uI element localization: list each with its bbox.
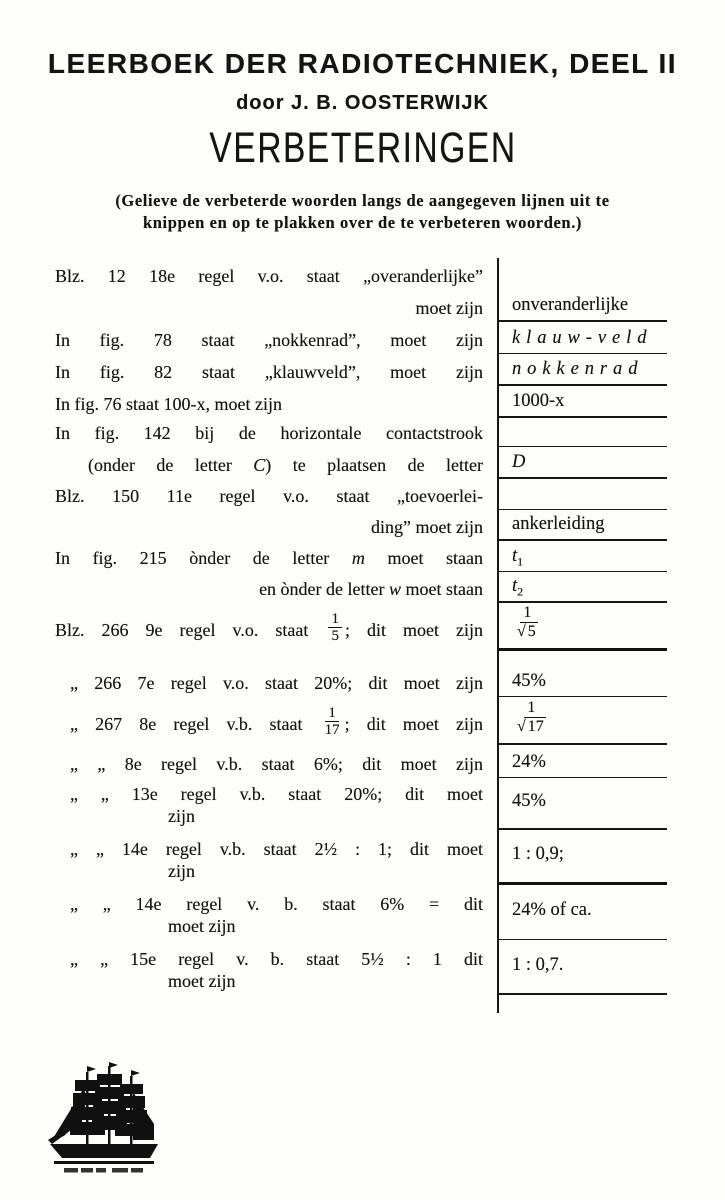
erratum-line: In fig. 76 staat 100-x, moet zijn [55, 386, 497, 418]
publisher-ship-logo [42, 1062, 172, 1194]
fraction: 117 [323, 706, 342, 740]
erratum-line: ding” moet zijn [55, 510, 497, 541]
correction-cell: 24% [497, 745, 667, 778]
correction-cell [497, 418, 667, 447]
erratum-line: „ „ 14e regel v.b. staat 2½ : 1; dit moe… [55, 830, 497, 863]
erratum-line: In fig. 82 staat „klauwveld”, moet zijn [55, 354, 497, 386]
correction-cell: 24% of ca. [497, 885, 667, 940]
erratum-line: moet zijn [55, 973, 497, 995]
correction-cell: D [497, 447, 667, 479]
erratum-line: In fig. 215 ònder de letter m moet staan [55, 541, 497, 572]
erratum-line: (onder de letter C) te plaatsen de lette… [55, 447, 497, 479]
correction-cell [497, 258, 667, 290]
cutout-instructions-line1: (Gelieve de verbeterde woorden langs de … [0, 190, 725, 212]
book-title: LEERBOEK DER RADIOTECHNIEK, DEEL II [0, 48, 725, 80]
erratum-line: zijn [55, 808, 497, 830]
erratum-line: moet zijn [55, 918, 497, 940]
correction-cell: 1 : 0,7. [497, 940, 667, 995]
erratum-line: moet zijn [55, 290, 497, 322]
erratum-line: en ònder de letter w moet staan [55, 572, 497, 603]
page-header: LEERBOEK DER RADIOTECHNIEK, DEEL II door… [0, 0, 725, 234]
erratum-line: „ 267 8e regel v.b. staat 117; dit moet … [55, 697, 497, 745]
correction-cell: 1 : 0,9; [497, 830, 667, 885]
correction-cell: t2 [497, 572, 667, 603]
correction-cell: 1000-x [497, 386, 667, 418]
cut-rule-extension [497, 995, 499, 1013]
correction-cell: onveranderlijke [497, 290, 667, 322]
correction-cell [497, 479, 667, 510]
correction-cell: 1√5 [497, 603, 667, 651]
errata-table: Blz. 12 18e regel v.o. staat „overanderl… [55, 258, 667, 995]
cutout-instructions-line2: knippen en op te plakken over de te verb… [0, 212, 725, 234]
publisher-imprint-smudge [64, 1168, 143, 1173]
correction-cell: ankerleiding [497, 510, 667, 541]
erratum-line: Blz. 266 9e regel v.o. staat 15; dit moe… [55, 603, 497, 651]
author-line: door J. B. OOSTERWIJK [0, 92, 725, 115]
section-title: VERBETERINGEN [0, 125, 725, 178]
fraction: 1√5 [515, 605, 540, 641]
fraction: 1√17 [515, 700, 548, 736]
errata-page: LEERBOEK DER RADIOTECHNIEK, DEEL II door… [0, 0, 725, 1200]
erratum-line: Blz. 150 11e regel v.o. staat „toevoerle… [55, 479, 497, 510]
correction-cell: 1√17 [497, 697, 667, 745]
erratum-line: In fig. 142 bij de horizontale contactst… [55, 418, 497, 447]
erratum-line: In fig. 78 staat „nokkenrad”, moet zijn [55, 322, 497, 354]
erratum-line: „ „ 15e regel v. b. staat 5½ : 1 dit [55, 940, 497, 973]
erratum-line: „ „ 8e regel v.b. staat 6%; dit moet zij… [55, 745, 497, 778]
correction-cell: t1 [497, 541, 667, 572]
correction-cell: klauw-veld [497, 322, 667, 354]
fraction: 15 [328, 612, 342, 646]
erratum-line: zijn [55, 863, 497, 885]
erratum-line: Blz. 12 18e regel v.o. staat „overanderl… [55, 258, 497, 290]
correction-cell: nokkenrad [497, 354, 667, 386]
correction-cell: 45% [497, 651, 667, 697]
cutout-instructions: (Gelieve de verbeterde woorden langs de … [0, 190, 725, 234]
correction-cell: 45% [497, 778, 667, 830]
erratum-line: „ „ 14e regel v. b. staat 6% = dit [55, 885, 497, 918]
section-title-text: VERBETERINGEN [209, 125, 516, 171]
erratum-line: „ „ 13e regel v.b. staat 20%; dit moet [55, 778, 497, 808]
erratum-line: „ 266 7e regel v.o. staat 20%; dit moet … [55, 651, 497, 697]
